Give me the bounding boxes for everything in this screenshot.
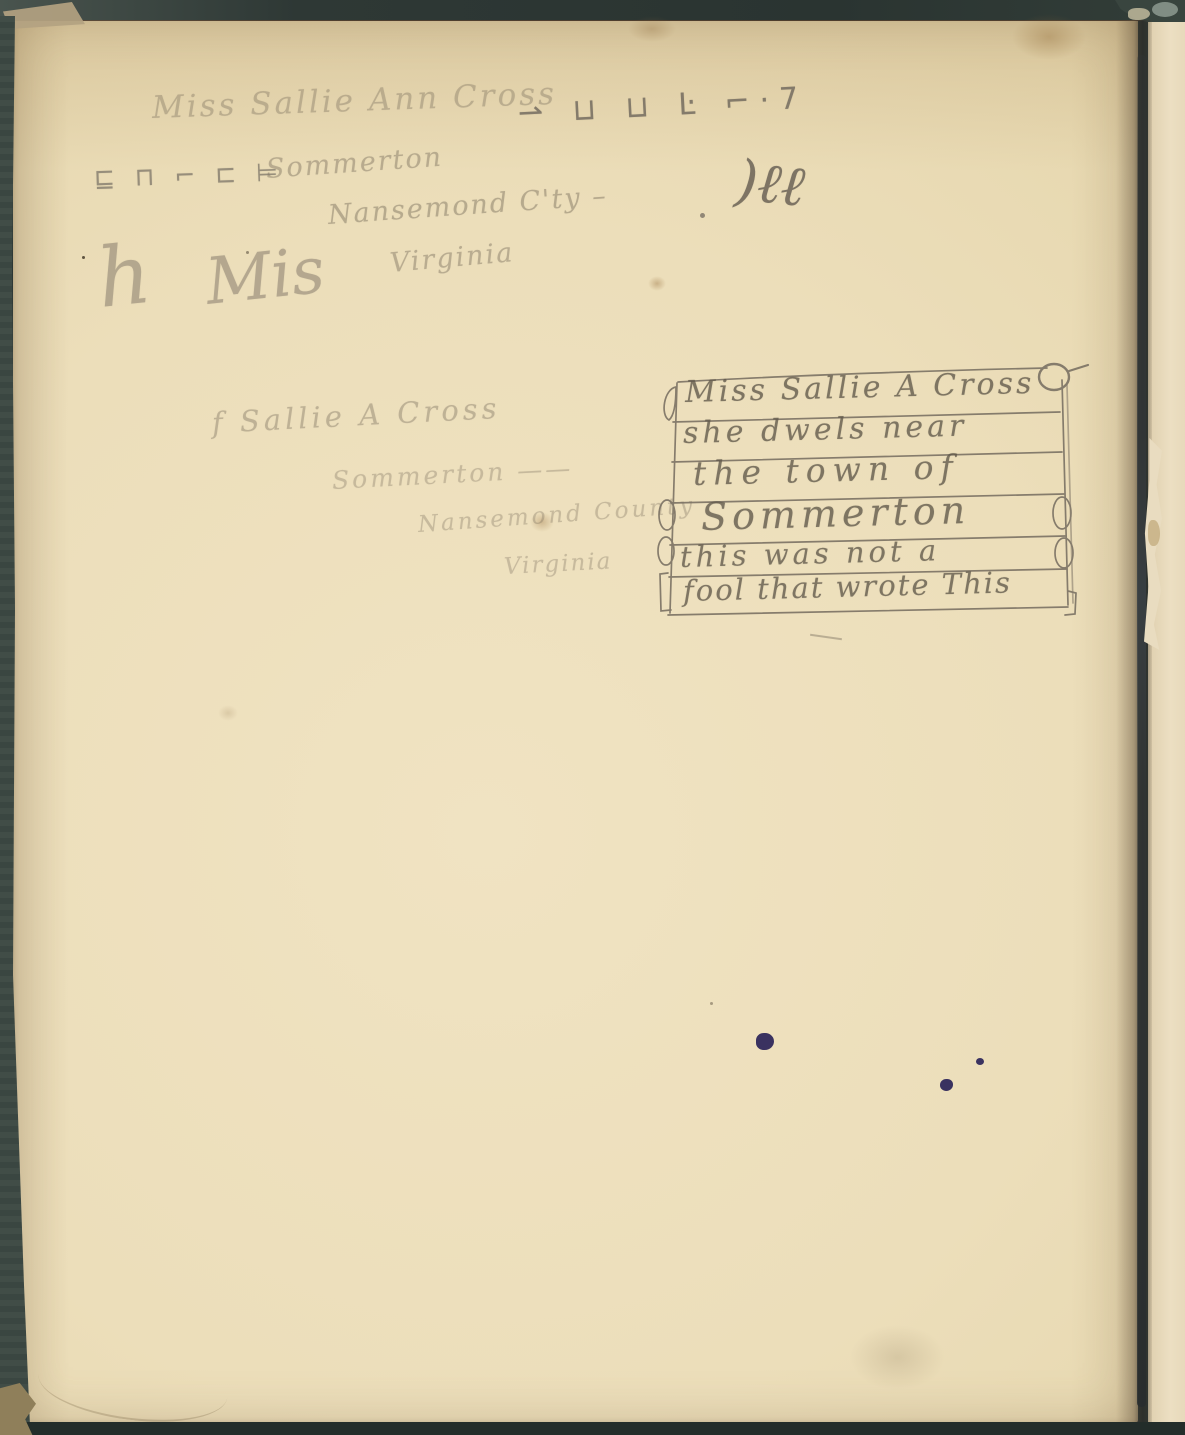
page-gutter-shadow bbox=[1116, 20, 1152, 1422]
pencil-dot bbox=[700, 213, 705, 218]
page-gutter-slit bbox=[1137, 55, 1146, 1407]
stain bbox=[218, 705, 238, 721]
album-page bbox=[13, 17, 1138, 1423]
scroll-text-line: Sommerton bbox=[700, 488, 970, 539]
ink-blot-small bbox=[976, 1058, 984, 1065]
flourish-initial: h bbox=[93, 227, 155, 327]
stain bbox=[1012, 14, 1086, 60]
speck bbox=[710, 1002, 713, 1005]
stain bbox=[850, 1325, 945, 1390]
book-cover-top-edge bbox=[0, 0, 1185, 21]
scroll-text-line: she dwels near bbox=[683, 409, 968, 451]
stain bbox=[648, 276, 666, 291]
torn-paper-fleck bbox=[1148, 520, 1160, 546]
flourish-mis: Mis bbox=[202, 234, 328, 320]
scroll-text-line: the town of bbox=[692, 447, 960, 493]
speck bbox=[82, 256, 85, 259]
pencil-curl-doodle: )ℓℓ bbox=[733, 148, 808, 220]
stain bbox=[628, 16, 676, 42]
drawn-scroll-banner: Miss Sallie A Cross she dwels near the t… bbox=[655, 355, 1100, 635]
ink-blot-large bbox=[756, 1033, 774, 1050]
book-cover-bottom-edge bbox=[0, 1422, 1185, 1435]
worn-spot-top-right bbox=[1152, 2, 1178, 17]
scanned-book-page: Miss Sallie Ann Cross ⇀ ⊔ ⊔ Ŀ ⌐·7 Sommer… bbox=[0, 0, 1185, 1435]
facing-page-edge bbox=[1148, 22, 1185, 1422]
